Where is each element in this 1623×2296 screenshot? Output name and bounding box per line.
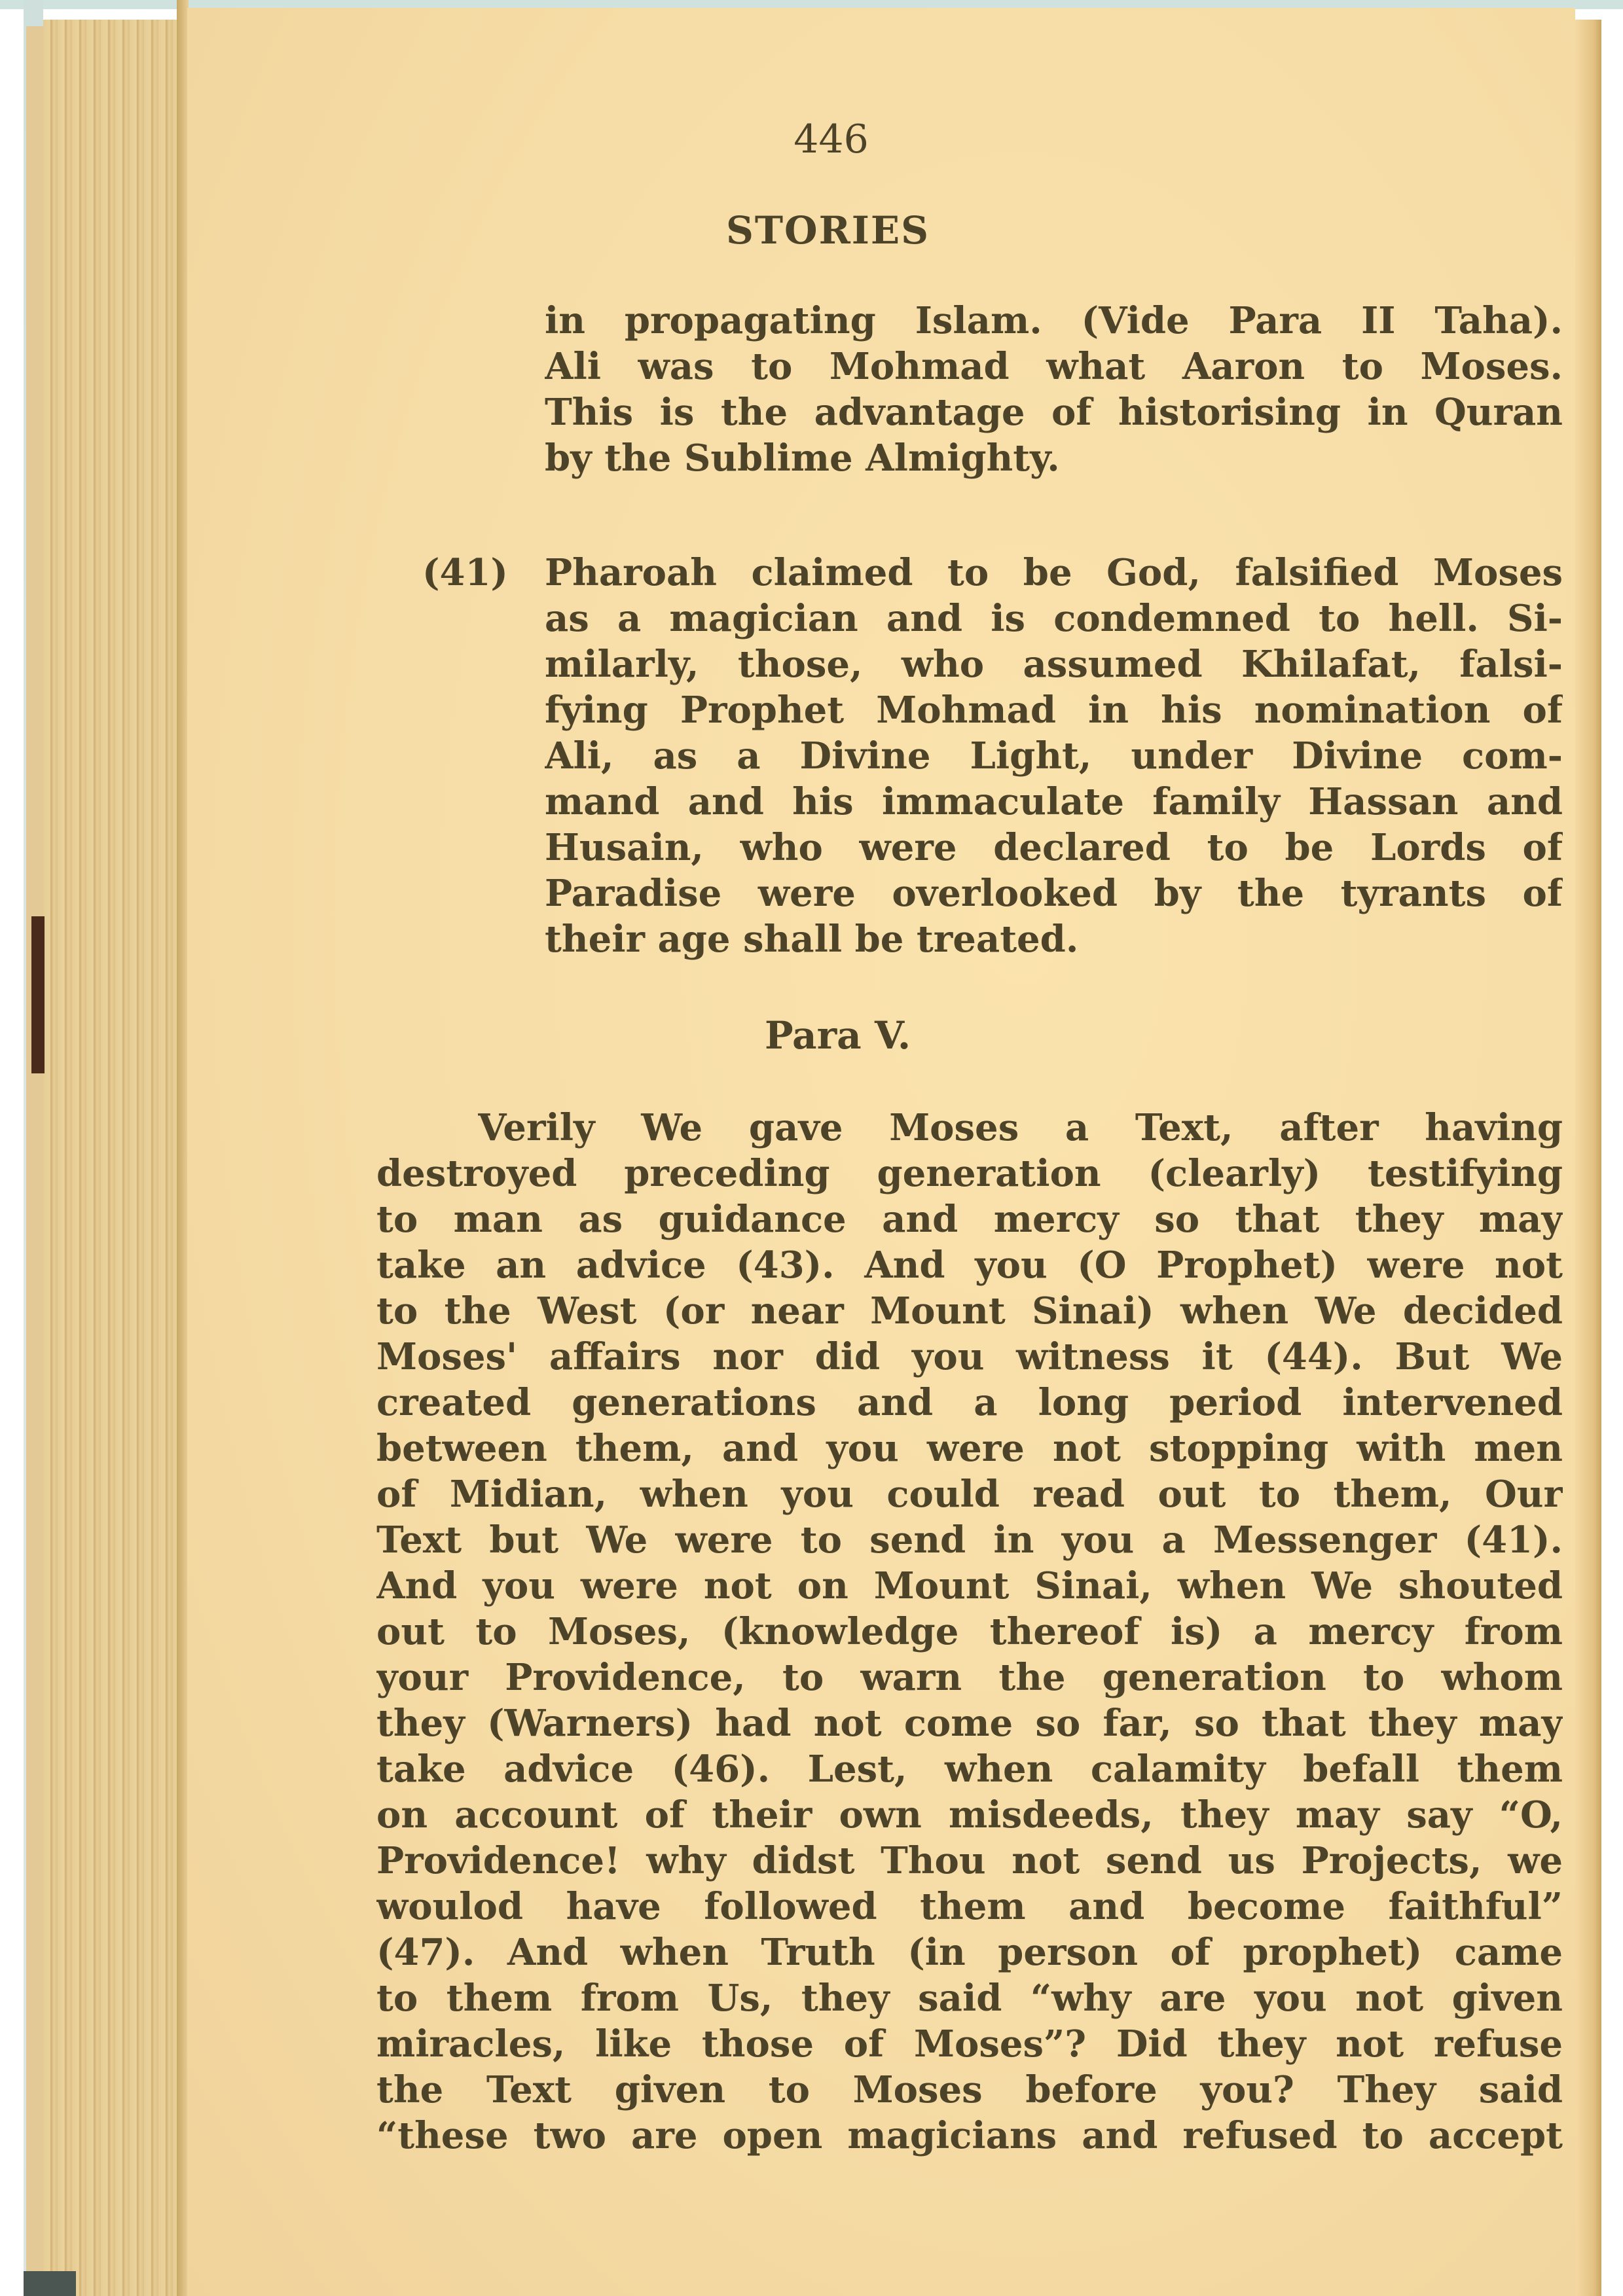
text-line: Ali was to Mohmad what Aaron to Moses. — [545, 344, 1563, 389]
text-line: (47). And when Truth (in person of proph… — [376, 1929, 1563, 1975]
text-line: their age shall be treated. — [545, 916, 1563, 962]
page-right-edge — [1575, 20, 1601, 2296]
text-line: Paradise were overlooked by the tyrants … — [545, 870, 1563, 916]
text-line: to man as guidance and mercy so that the… — [376, 1196, 1563, 1242]
text-line: out to Moses, (knowledge thereof is) a m… — [376, 1609, 1563, 1655]
text-line: miracles, like those of Moses”? Did they… — [376, 2021, 1563, 2067]
text-line: Husain, who were declared to be Lords of — [545, 825, 1563, 870]
note-number: (41) — [422, 550, 508, 596]
text-line: milarly, those, who assumed Khilafat, fa… — [545, 641, 1563, 687]
text-line: Ali, as a Divine Light, under Divine com… — [545, 733, 1563, 779]
text-line: to the West (or near Mount Sinai) when W… — [376, 1288, 1563, 1334]
running-head: STORIES — [0, 208, 1623, 253]
text-line: between them, and you were not stopping … — [376, 1426, 1563, 1471]
text-line: as a magician and is condemned to hell. … — [545, 596, 1563, 641]
text-line: Moses' affairs nor did you witness it (4… — [376, 1334, 1563, 1380]
text-line: woulod have followed them and become fai… — [376, 1884, 1563, 1929]
text-line: in propagating Islam. (Vide Para II Taha… — [545, 298, 1563, 344]
text-line: on account of their own misdeeds, they m… — [376, 1792, 1563, 1838]
text-line: This is the advantage of historising in … — [545, 389, 1563, 435]
text-line: And you were not on Mount Sinai, when We… — [376, 1563, 1563, 1609]
text-line: your Providence, to warn the generation … — [376, 1655, 1563, 1700]
text-line: to them from Us, they said “why are you … — [376, 1975, 1563, 2021]
section-heading: Para V. — [0, 1013, 1623, 1058]
text-line: created generations and a long period in… — [376, 1380, 1563, 1426]
text-line: “these two are open magicians and refuse… — [376, 2113, 1563, 2159]
text-line: of Midian, when you could read out to th… — [376, 1471, 1563, 1517]
text-line: fying Prophet Mohmad in his nomination o… — [545, 687, 1563, 733]
text-line: Providence! why didst Thou not send us P… — [376, 1838, 1563, 1884]
text-line: mand and his immaculate family Hassan an… — [545, 779, 1563, 825]
text-line: Verily We gave Moses a Text, after havin… — [478, 1105, 1563, 1151]
text-line: take an advice (43). And you (O Prophet)… — [376, 1242, 1563, 1288]
text-line: take advice (46). Lest, when calamity be… — [376, 1746, 1563, 1792]
text-line: Pharoah claimed to be God, falsified Mos… — [545, 550, 1563, 596]
page-edges-stack — [43, 20, 187, 2296]
text-line: by the Sublime Almighty. — [545, 435, 1563, 481]
text-line: they (Warners) had not come so far, so t… — [376, 1700, 1563, 1746]
text-line: destroyed preceding generation (clearly)… — [376, 1151, 1563, 1196]
page-number: 446 — [0, 117, 1623, 162]
scan-bottom-corner — [24, 2271, 76, 2296]
text-line: Text but We were to send in you a Messen… — [376, 1517, 1563, 1563]
text-line: the Text given to Moses before you? They… — [376, 2067, 1563, 2113]
